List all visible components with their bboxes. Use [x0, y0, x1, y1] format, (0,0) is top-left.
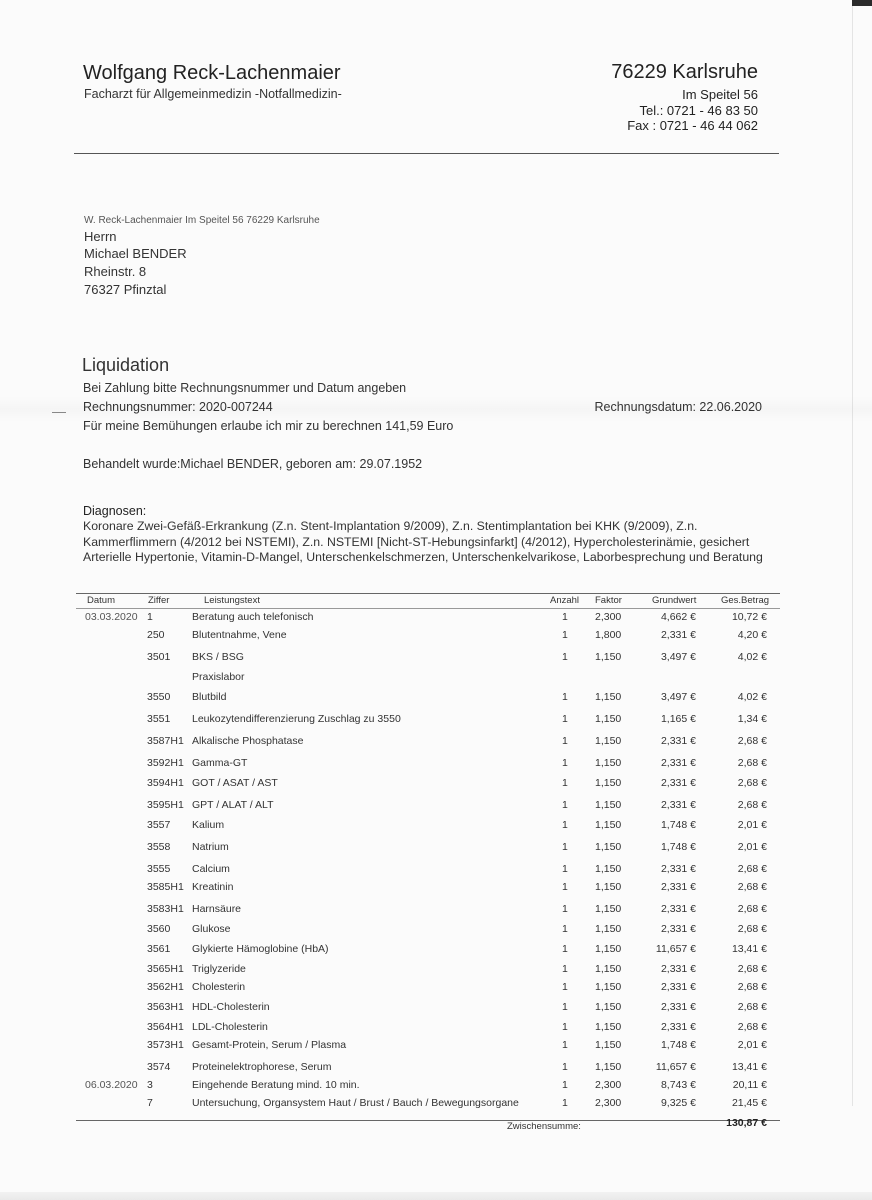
cell-base: 8,743 € — [661, 1079, 696, 1091]
table-row: 3555Calcium11,1502,331 €2,68 € — [0, 863, 872, 879]
cell-text: Gesamt-Protein, Serum / Plasma — [192, 1039, 346, 1051]
cell-code: 3594H1 — [147, 777, 184, 789]
cell-base: 1,748 € — [661, 819, 696, 831]
cell-total: 2,01 € — [738, 841, 767, 853]
cell-code: 3501 — [147, 651, 170, 663]
cell-total: 4,20 € — [738, 629, 767, 641]
column-header-factor: Faktor — [595, 595, 622, 606]
cell-code: 3564H1 — [147, 1021, 184, 1033]
cell-code: 3565H1 — [147, 963, 184, 975]
cell-factor: 1,150 — [595, 923, 621, 935]
cell-factor: 1,150 — [595, 651, 621, 663]
cell-qty: 1 — [562, 777, 568, 789]
cell-text: GPT / ALAT / ALT — [192, 799, 274, 811]
cell-total: 13,41 € — [732, 1061, 767, 1073]
recipient-city: 76327 Pfinztal — [84, 282, 166, 297]
cell-factor: 1,150 — [595, 799, 621, 811]
column-header-base: Grundwert — [652, 595, 696, 606]
cell-total: 2,68 € — [738, 981, 767, 993]
doctor-specialty: Facharzt für Allgemeinmedizin -Notfallme… — [84, 87, 342, 101]
table-row: 3550Blutbild11,1503,497 €4,02 € — [0, 691, 872, 707]
diagnoses-heading: Diagnosen: — [83, 504, 146, 518]
table-row: 3574Proteinelektrophorese, Serum11,15011… — [0, 1061, 872, 1077]
cell-factor: 1,150 — [595, 1061, 621, 1073]
subtotal-rule — [76, 1120, 780, 1121]
cell-qty: 1 — [562, 1079, 568, 1091]
cell-base: 2,331 € — [661, 757, 696, 769]
cell-code: 3555 — [147, 863, 170, 875]
cell-total: 4,02 € — [738, 651, 767, 663]
cell-code: 3551 — [147, 713, 170, 725]
cell-base: 1,748 € — [661, 841, 696, 853]
practice-fax: Fax : 0721 - 46 44 062 — [627, 118, 758, 133]
cell-date: 03.03.2020 — [85, 611, 138, 623]
scan-edge-line — [852, 6, 853, 1106]
scan-edge — [852, 0, 872, 6]
column-header-code: Ziffer — [148, 595, 169, 606]
cell-factor: 1,150 — [595, 903, 621, 915]
table-row: 06.03.20203Eingehende Beratung mind. 10 … — [0, 1079, 872, 1095]
cell-base: 2,331 € — [661, 863, 696, 875]
cell-text: Cholesterin — [192, 981, 245, 993]
cell-base: 3,497 € — [661, 691, 696, 703]
cell-total: 2,68 € — [738, 1021, 767, 1033]
cell-base: 3,497 € — [661, 651, 696, 663]
table-row: 3573H1Gesamt-Protein, Serum / Plasma11,1… — [0, 1039, 872, 1055]
table-row: 3587H1Alkalische Phosphatase11,1502,331 … — [0, 735, 872, 751]
cell-total: 2,68 € — [738, 1001, 767, 1013]
cell-total: 10,72 € — [732, 611, 767, 623]
cell-factor: 1,150 — [595, 1001, 621, 1013]
table-row: 3561Glykierte Hämoglobine (HbA)11,15011,… — [0, 943, 872, 959]
column-header-text: Leistungstext — [204, 595, 260, 606]
cell-total: 2,68 € — [738, 903, 767, 915]
cell-total: 2,68 € — [738, 963, 767, 975]
cell-qty: 1 — [562, 713, 568, 725]
cell-qty: 1 — [562, 1001, 568, 1013]
table-row: 3560Glukose11,1502,331 €2,68 € — [0, 923, 872, 939]
cell-text: Glykierte Hämoglobine (HbA) — [192, 943, 329, 955]
table-row: 3551Leukozytendifferenzierung Zuschlag z… — [0, 713, 872, 729]
cell-qty: 1 — [562, 923, 568, 935]
cell-qty: 1 — [562, 735, 568, 747]
table-row: Praxislabor — [0, 671, 872, 687]
cell-text: BKS / BSG — [192, 651, 244, 663]
cell-factor: 1,150 — [595, 963, 621, 975]
cell-text: Triglyzeride — [192, 963, 246, 975]
invoice-date: Rechnungsdatum: 22.06.2020 — [595, 400, 763, 414]
recipient-street: Rheinstr. 8 — [84, 264, 146, 279]
cell-text: Praxislabor — [192, 671, 245, 683]
practice-city: 76229 Karlsruhe — [611, 61, 758, 84]
cell-code: 3574 — [147, 1061, 170, 1073]
cell-total: 2,68 € — [738, 735, 767, 747]
cell-text: Blutentnahme, Vene — [192, 629, 287, 641]
column-header-date: Datum — [87, 595, 115, 606]
cell-code: 3550 — [147, 691, 170, 703]
cell-factor: 1,150 — [595, 841, 621, 853]
cell-code: 3560 — [147, 923, 170, 935]
cell-qty: 1 — [562, 943, 568, 955]
cell-base: 2,331 € — [661, 1021, 696, 1033]
practice-street: Im Speitel 56 — [682, 87, 758, 102]
cell-base: 1,165 € — [661, 713, 696, 725]
cell-qty: 1 — [562, 863, 568, 875]
cell-factor: 1,150 — [595, 1039, 621, 1051]
cell-factor: 1,150 — [595, 735, 621, 747]
cell-factor: 1,150 — [595, 943, 621, 955]
letterhead-divider — [74, 153, 779, 154]
doctor-name: Wolfgang Reck-Lachenmaier — [83, 62, 341, 85]
cell-qty: 1 — [562, 651, 568, 663]
cell-code: 3587H1 — [147, 735, 184, 747]
cell-base: 2,331 € — [661, 629, 696, 641]
cell-total: 4,02 € — [738, 691, 767, 703]
cell-code: 3592H1 — [147, 757, 184, 769]
cell-text: LDL-Cholesterin — [192, 1021, 268, 1033]
subtotal-value: 130,87 € — [726, 1117, 767, 1129]
cell-base: 2,331 € — [661, 923, 696, 935]
patient-info: Behandelt wurde:Michael BENDER, geboren … — [83, 457, 422, 471]
cell-base: 1,748 € — [661, 1039, 696, 1051]
cell-text: Gamma-GT — [192, 757, 247, 769]
table-row: 3562H1Cholesterin11,1502,331 €2,68 € — [0, 981, 872, 997]
cell-text: Natrium — [192, 841, 229, 853]
cell-code: 3595H1 — [147, 799, 184, 811]
cell-factor: 1,150 — [595, 1021, 621, 1033]
cell-total: 2,01 € — [738, 819, 767, 831]
cell-code: 3563H1 — [147, 1001, 184, 1013]
cell-factor: 1,150 — [595, 819, 621, 831]
table-row: 3501BKS / BSG11,1503,497 €4,02 € — [0, 651, 872, 667]
cell-code: 1 — [147, 611, 153, 623]
cell-code: 250 — [147, 629, 165, 641]
table-row: 3595H1GPT / ALAT / ALT11,1502,331 €2,68 … — [0, 799, 872, 815]
sender-return-address: W. Reck-Lachenmaier Im Speitel 56 76229 … — [84, 215, 320, 226]
cell-code: 3583H1 — [147, 903, 184, 915]
cell-qty: 1 — [562, 1039, 568, 1051]
cell-total: 2,68 € — [738, 863, 767, 875]
practice-phone: Tel.: 0721 - 46 83 50 — [639, 103, 758, 118]
column-header-qty: Anzahl — [550, 595, 579, 606]
cell-date: 06.03.2020 — [85, 1079, 138, 1091]
cell-total: 2,68 € — [738, 757, 767, 769]
cell-base: 2,331 € — [661, 903, 696, 915]
table-row: 3594H1GOT / ASAT / AST11,1502,331 €2,68 … — [0, 777, 872, 793]
cell-total: 2,68 € — [738, 881, 767, 893]
cell-text: GOT / ASAT / AST — [192, 777, 278, 789]
cell-code: 3558 — [147, 841, 170, 853]
cell-qty: 1 — [562, 903, 568, 915]
cell-factor: 1,150 — [595, 863, 621, 875]
invoice-title: Liquidation — [82, 355, 169, 376]
cell-total: 13,41 € — [732, 943, 767, 955]
subtotal-label: Zwischensumme: — [507, 1121, 581, 1132]
table-row: 3563H1HDL-Cholesterin11,1502,331 €2,68 € — [0, 1001, 872, 1017]
cell-base: 2,331 € — [661, 777, 696, 789]
cell-text: Calcium — [192, 863, 230, 875]
cell-text: Beratung auch telefonisch — [192, 611, 313, 623]
cell-base: 11,657 € — [656, 943, 696, 955]
cell-base: 2,331 € — [661, 881, 696, 893]
cell-factor: 2,300 — [595, 611, 621, 623]
cell-qty: 1 — [562, 757, 568, 769]
cell-total: 20,11 € — [733, 1079, 767, 1091]
cell-code: 3 — [147, 1079, 153, 1091]
table-header-rule — [76, 608, 780, 609]
cell-factor: 2,300 — [595, 1097, 621, 1109]
cell-qty: 1 — [562, 963, 568, 975]
cell-text: Alkalische Phosphatase — [192, 735, 304, 747]
cell-code: 3573H1 — [147, 1039, 184, 1051]
table-row: 250Blutentnahme, Vene11,8002,331 €4,20 € — [0, 629, 872, 645]
diagnoses-text: Koronare Zwei-Gefäß-Erkrankung (Z.n. Ste… — [83, 519, 783, 566]
cell-total: 2,01 € — [738, 1039, 767, 1051]
table-row: 3558Natrium11,1501,748 €2,01 € — [0, 841, 872, 857]
cell-code: 3561 — [147, 943, 170, 955]
cell-code: 3585H1 — [147, 881, 184, 893]
cell-qty: 1 — [562, 1097, 568, 1109]
table-row: 7Untersuchung, Organsystem Haut / Brust … — [0, 1097, 872, 1113]
cell-qty: 1 — [562, 629, 568, 641]
cell-factor: 1,150 — [595, 713, 621, 725]
cell-qty: 1 — [562, 799, 568, 811]
scan-mark — [52, 412, 66, 413]
cell-base: 2,331 € — [661, 981, 696, 993]
cell-qty: 1 — [562, 841, 568, 853]
cell-text: Harnsäure — [192, 903, 241, 915]
recipient-name: Michael BENDER — [84, 246, 187, 261]
invoice-number: Rechnungsnummer: 2020-007244 — [83, 400, 273, 414]
cell-text: Untersuchung, Organsystem Haut / Brust /… — [192, 1097, 519, 1109]
table-row: 03.03.20201Beratung auch telefonisch12,3… — [0, 611, 872, 627]
cell-text: Proteinelektrophorese, Serum — [192, 1061, 332, 1073]
cell-base: 2,331 € — [661, 735, 696, 747]
cell-factor: 1,150 — [595, 777, 621, 789]
cell-total: 2,68 € — [738, 777, 767, 789]
cell-qty: 1 — [562, 1061, 568, 1073]
cell-qty: 1 — [562, 691, 568, 703]
cell-total: 2,68 € — [738, 799, 767, 811]
cell-base: 2,331 € — [661, 799, 696, 811]
cell-code: 3562H1 — [147, 981, 184, 993]
cell-base: 11,657 € — [656, 1061, 696, 1073]
table-row: 3565H1Triglyzeride11,1502,331 €2,68 € — [0, 963, 872, 979]
cell-factor: 1,150 — [595, 881, 621, 893]
cell-base: 9,325 € — [661, 1097, 696, 1109]
table-row: 3583H1Harnsäure11,1502,331 €2,68 € — [0, 903, 872, 919]
payment-instruction: Bei Zahlung bitte Rechnungsnummer und Da… — [83, 381, 406, 395]
cell-factor: 1,800 — [595, 629, 621, 641]
table-row: 3592H1Gamma-GT11,1502,331 €2,68 € — [0, 757, 872, 773]
page-bottom-edge — [0, 1192, 872, 1200]
cell-qty: 1 — [562, 881, 568, 893]
cell-code: 7 — [147, 1097, 153, 1109]
cell-qty: 1 — [562, 981, 568, 993]
cell-total: 1,34 € — [738, 713, 767, 725]
cell-qty: 1 — [562, 819, 568, 831]
column-header-total: Ges.Betrag — [721, 595, 769, 606]
table-row: 3585H1Kreatinin11,1502,331 €2,68 € — [0, 881, 872, 897]
invoice-amount: Für meine Bemühungen erlaube ich mir zu … — [83, 419, 453, 433]
cell-base: 4,662 € — [661, 611, 696, 623]
recipient-salutation: Herrn — [84, 229, 117, 244]
cell-text: Glukose — [192, 923, 231, 935]
cell-factor: 1,150 — [595, 981, 621, 993]
table-row: 3557Kalium11,1501,748 €2,01 € — [0, 819, 872, 835]
cell-base: 2,331 € — [661, 1001, 696, 1013]
cell-text: Eingehende Beratung mind. 10 min. — [192, 1079, 360, 1091]
cell-code: 3557 — [147, 819, 170, 831]
cell-factor: 2,300 — [595, 1079, 621, 1091]
cell-base: 2,331 € — [661, 963, 696, 975]
cell-qty: 1 — [562, 611, 568, 623]
cell-factor: 1,150 — [595, 757, 621, 769]
cell-text: Kreatinin — [192, 881, 233, 893]
cell-text: Kalium — [192, 819, 224, 831]
cell-qty: 1 — [562, 1021, 568, 1033]
cell-total: 21,45 € — [732, 1097, 767, 1109]
cell-text: Blutbild — [192, 691, 226, 703]
table-row: 3564H1LDL-Cholesterin11,1502,331 €2,68 € — [0, 1021, 872, 1037]
cell-total: 2,68 € — [738, 923, 767, 935]
cell-factor: 1,150 — [595, 691, 621, 703]
cell-text: HDL-Cholesterin — [192, 1001, 270, 1013]
table-top-rule — [76, 593, 780, 594]
cell-text: Leukozytendifferenzierung Zuschlag zu 35… — [192, 713, 401, 725]
